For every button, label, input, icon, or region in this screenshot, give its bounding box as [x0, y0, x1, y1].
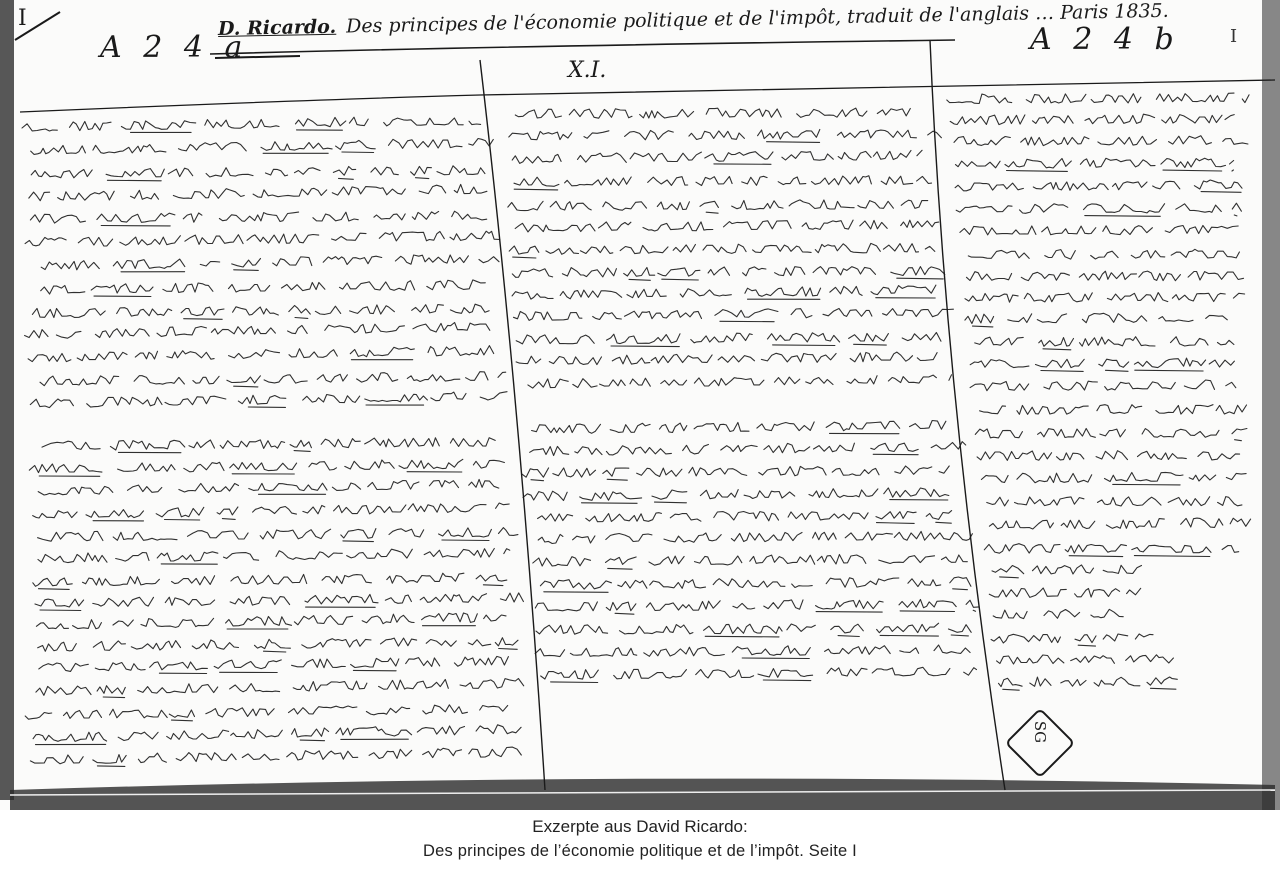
- caption-title: Exzerpte aus David Ricardo:: [0, 815, 1280, 839]
- figure-caption: Exzerpte aus David Ricardo: Des principe…: [0, 815, 1280, 863]
- caption-subtitle: Des principes de l’économie politique et…: [0, 839, 1280, 863]
- archive-signature-right: A 2 4 b: [1030, 22, 1180, 57]
- page-mark-right: I: [1230, 26, 1237, 47]
- column-mark: X.I.: [568, 58, 606, 83]
- manuscript-facsimile: I I A 2 4 a A 2 4 b D. Ricardo.Des princ…: [0, 0, 1280, 810]
- header-author: D. Ricardo.: [218, 16, 337, 40]
- manuscript-handwriting: [0, 0, 1280, 810]
- archive-stamp-label: SG: [1032, 707, 1048, 757]
- page-mark-left: I: [18, 6, 27, 31]
